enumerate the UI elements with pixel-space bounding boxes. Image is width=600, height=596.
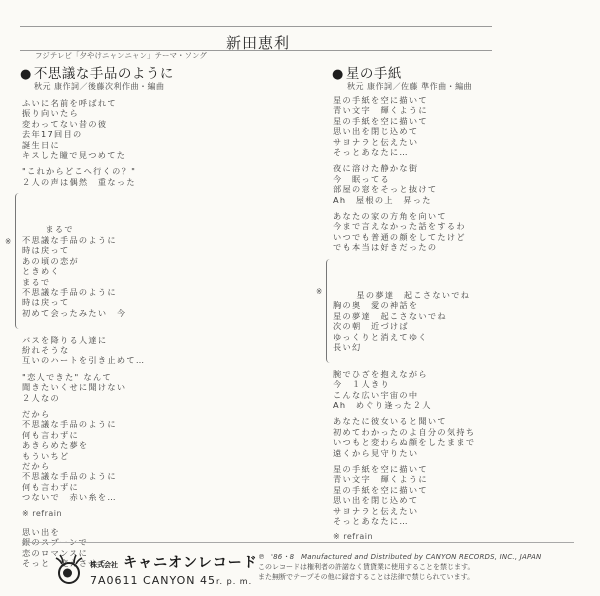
chorus-mark-icon: ※ [316, 287, 324, 297]
song1-title-text: 不思議な手品のように [34, 66, 174, 82]
bottom-rule [22, 542, 574, 543]
speed-unit: r. p. m. [216, 577, 252, 586]
refrain-note: ※ refrain [22, 509, 145, 519]
stanza: 星の手紙を空に描いて 青い文字 輝くように 星の手紙を空に描いて 思い出を閉じ込… [333, 95, 475, 157]
chorus-stanza: ※ まるで 不思議な手品のように 時は戻って あの頃の恋が ときめく まるで 不… [22, 193, 145, 328]
label-prefix: 株式会社 [90, 561, 118, 569]
label-name-text: キャニオンレコード [123, 555, 258, 571]
stanza: バスを降りる人達に 紛れそうな 互いのハートを引き止めて… [22, 335, 145, 366]
brand: CANYON [143, 574, 195, 587]
stanza: 夜に溶けた静かな街 今 眠ってる 部屋の窓をそっと抜けて Ah 屋根の上 昇った [333, 163, 475, 205]
recording-notice: また無断でテープその他に録音することは法律で禁じられています。 [258, 572, 541, 582]
lyric-sheet: 新田恵利 フジテレビ「夕やけニャンニャン」テーマ・ソング ●不思議な手品のように… [0, 0, 600, 596]
stanza: 星の手紙を空に描いて 青い文字 輝くように 星の手紙を空に描いて 思い出を閉じ込… [333, 464, 475, 526]
catalog-number: 7A0611 [90, 574, 139, 587]
stanza: あなたに彼女いると聞いて 初めてわかったのよ自分の気持ち いつもと変わらぬ顔をし… [333, 416, 475, 458]
song2-lyrics: 星の手紙を空に描いて 青い文字 輝くように 星の手紙を空に描いて 思い出を閉じ込… [333, 95, 475, 551]
label-name: 株式会社 キャニオンレコード [90, 552, 258, 572]
chorus-mark-icon: ※ [5, 237, 13, 247]
song2-title-text: 星の手紙 [346, 66, 402, 82]
stanza: "これからどこへ行くの？" ２人の声は偶然 重なった [22, 166, 145, 187]
stanza: 腕でひざを抱えながら 今 １人きり こんな広い宇宙の中 Ah めぐり逢った２人 [333, 369, 475, 411]
song2-title: ●星の手紙 [332, 62, 402, 82]
bracket [15, 193, 20, 328]
stanza-text: 星の夢達 起こさないでね 胸の奥 愛の神話を 星の夢達 起こさないでね 次の朝 … [333, 290, 470, 352]
song1-credits: 秋元 康作詞／後藤次利作曲・編曲 [34, 81, 165, 92]
speed: 45 [200, 574, 216, 587]
bracket [326, 259, 331, 363]
song2-credits: 秋元 康作詞／佐藤 準作曲・編曲 [347, 81, 472, 92]
bullet-icon: ● [20, 67, 32, 82]
stanza: "恋人できた" なんて 聞きたいくせに聞けない ２人なの [22, 372, 145, 403]
bullet-icon: ● [332, 67, 344, 82]
stanza-text: まるで 不思議な手品のように 時は戻って あの頃の恋が ときめく まるで 不思議… [22, 224, 126, 317]
song1-title: ●不思議な手品のように [20, 62, 174, 82]
canyon-logo-icon [54, 553, 84, 585]
top-rule [20, 26, 492, 27]
legal-notice: ℗'86・8 Manufactured and Distributed by C… [258, 552, 541, 582]
stanza: あなたの家の方角を向いて 今まで言えなかった話をするわ いつでも普通の顔をしてた… [333, 211, 475, 253]
distribution-text: Manufactured and Distributed by CANYON R… [301, 553, 541, 561]
chorus-stanza: ※ 星の夢達 起こさないでね 胸の奥 愛の神話を 星の夢達 起こさないでね 次の… [333, 259, 475, 363]
song1-tieup: フジテレビ「夕やけニャンニャン」テーマ・ソング [35, 50, 207, 61]
catalog-line: 7A0611 CANYON 45r. p. m. [90, 574, 252, 587]
stanza: ふいに名前を呼ばれて 振り向いたら 変わってない昔の彼 去年17回目の 誕生日に… [22, 98, 145, 160]
stanza: だから 不思議な手品のように 何も言わずに あきらめた夢を もういちど だから … [22, 409, 145, 503]
phonogram-icon: ℗ [258, 553, 265, 561]
song1-lyrics: ふいに名前を呼ばれて 振り向いたら 変わってない昔の彼 去年17回目の 誕生日に… [22, 98, 145, 575]
rental-notice: このレコードは権利者の許諾なく賃貸業に使用することを禁じます。 [258, 562, 541, 572]
release-date: '86・8 [271, 553, 294, 561]
